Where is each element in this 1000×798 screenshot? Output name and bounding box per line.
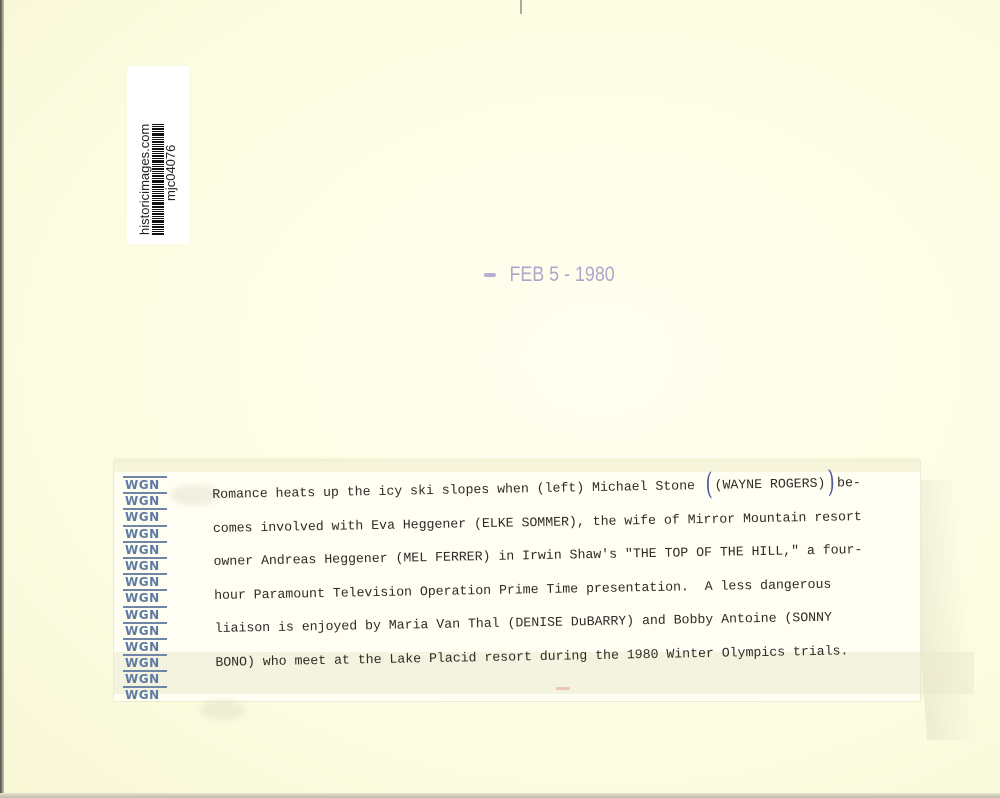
wgn-logo: WGN — [123, 541, 167, 557]
wgn-logo: WGN — [123, 589, 167, 605]
wgn-logo: WGN — [123, 670, 167, 686]
scan-left-edge — [0, 0, 4, 798]
date-stamp: FEB 5 - 1980 — [484, 263, 615, 287]
circled-name: (WAYNE ROGERS) — [714, 476, 825, 493]
wgn-logo: WGN — [123, 492, 167, 508]
stamp-smudge-icon — [484, 273, 496, 277]
pen-circle-right-icon: ) — [828, 478, 835, 488]
scan-bottom-edge — [0, 793, 1000, 798]
top-pencil-mark — [520, 0, 522, 14]
wgn-logo: WGN — [123, 638, 167, 654]
barcode-id-text: mjc04076 — [164, 145, 178, 201]
wgn-logo: WGN — [123, 476, 167, 492]
wgn-logo: WGN — [123, 557, 167, 573]
wgn-logo: WGN — [123, 606, 167, 622]
wgn-logo: WGN — [123, 508, 167, 524]
wgn-logo: WGN — [123, 686, 167, 702]
caption-text: Romance heats up the icy ski slopes when… — [212, 465, 916, 679]
pen-circle-left-icon: ( — [705, 480, 712, 490]
wgn-logo: WGN — [123, 622, 167, 638]
barcode-label: historicimages.com mjc04076 — [127, 66, 189, 244]
ink-fleck — [556, 687, 570, 690]
paper-smudge — [200, 700, 245, 720]
barcode-site-text: historicimages.com — [138, 124, 152, 235]
date-stamp-text: FEB 5 - 1980 — [510, 263, 615, 286]
wgn-logo: WGN — [123, 525, 167, 541]
wgn-station-mark-strip: WGNWGNWGNWGNWGNWGNWGNWGNWGNWGNWGNWGNWGNW… — [123, 476, 167, 703]
wgn-logo: WGN — [123, 654, 167, 670]
wgn-logo: WGN — [123, 573, 167, 589]
